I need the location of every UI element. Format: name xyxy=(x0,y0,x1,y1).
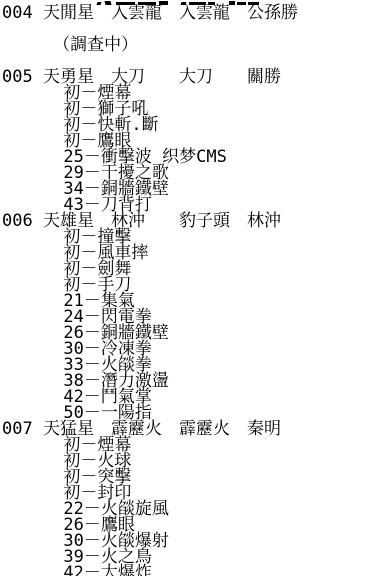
skill-line-clipped-bottom: 42－大爆炸 xyxy=(2,565,377,576)
text-document: 004 天閒星 入雲龍 入雲龍 公孫勝 （調查中） 005 天勇星 大刀 大刀 … xyxy=(2,5,377,576)
note-under-investigation: （調查中） xyxy=(2,37,377,53)
entry-header-004: 004 天閒星 入雲龍 入雲龍 公孫勝 xyxy=(2,5,377,21)
